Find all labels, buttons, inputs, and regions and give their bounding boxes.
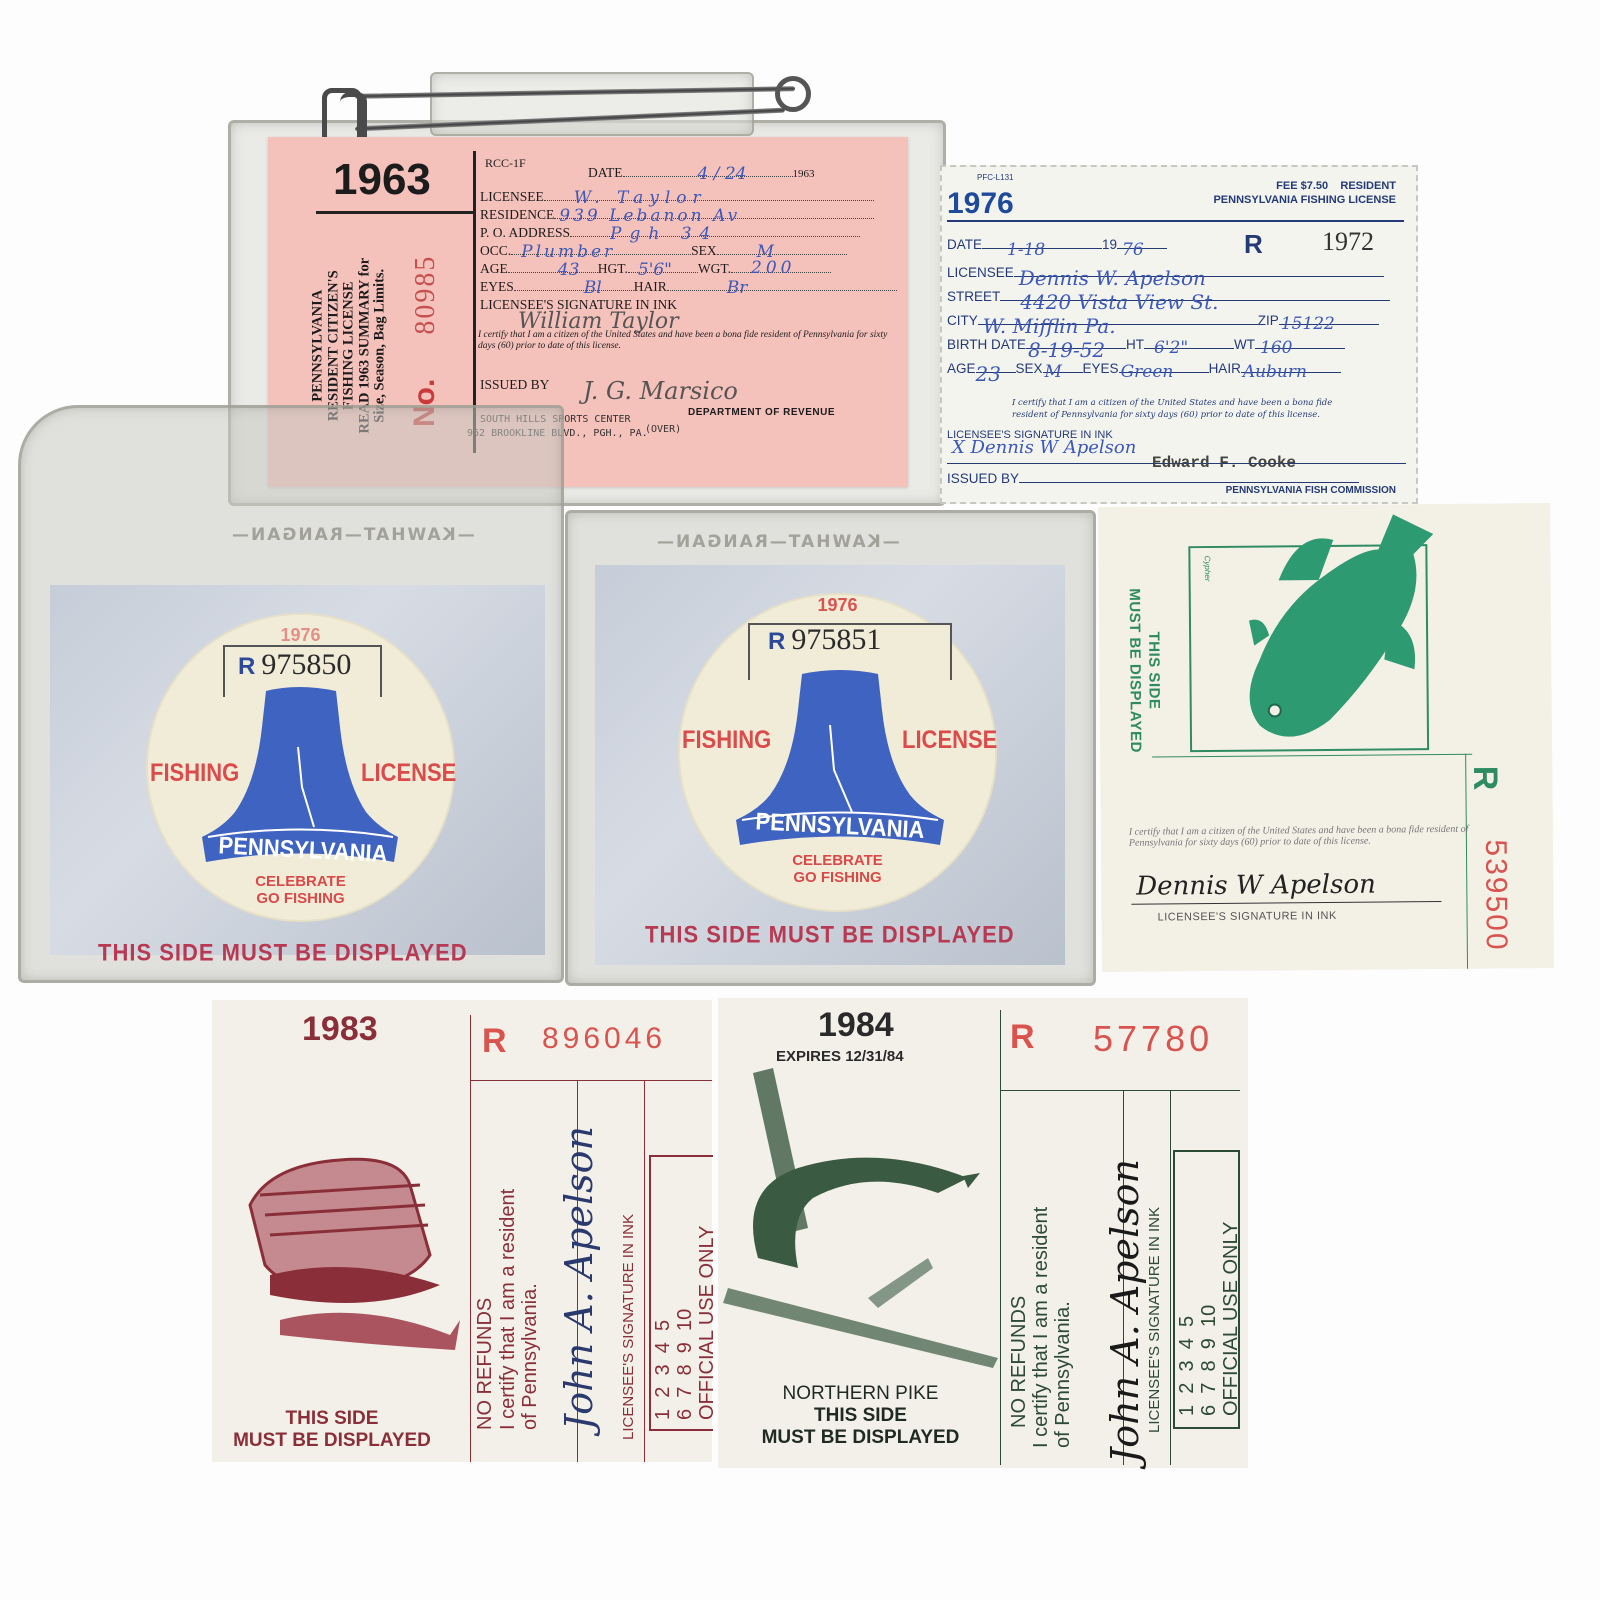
sunfish-illustration-icon — [1218, 509, 1450, 746]
badge-slogan: CELEBRATE GO FISHING — [148, 873, 453, 907]
no-refunds-label: NO REFUNDS — [474, 1298, 497, 1430]
issued-by-label: ISSUED BY — [947, 471, 1359, 486]
certification-text: I certify that I am a resident of Pennsy… — [497, 1189, 541, 1430]
serial-number: 896046 — [542, 1022, 666, 1056]
badge-right-word: LICENSE — [902, 725, 997, 755]
certification-text: I certify that I am a citizen of the Uni… — [478, 330, 888, 352]
creel-basket-trout-illustration-icon — [230, 1145, 460, 1360]
divider — [470, 1080, 712, 1081]
divider — [1170, 1090, 1171, 1465]
class-letter: R — [1465, 766, 1504, 791]
class-letter: R — [482, 1022, 507, 1061]
licensee-signature: John A. Apelson — [557, 1126, 601, 1430]
license-year: 1984 — [818, 1006, 894, 1045]
badge-right-word: LICENSE — [361, 758, 456, 788]
signature-label: LICENSEE'S SIGNATURE IN INK — [1158, 910, 1337, 924]
divider — [470, 1015, 471, 1462]
po-address-field: P. O. ADDRESSPgh 34 — [480, 225, 860, 241]
issuer-signature: J. G. Marsico — [583, 377, 738, 405]
bell-badge-1: 1976 R975850 FISHING LICENSE PENNSYLVANI… — [148, 615, 453, 920]
display-notice: THIS SIDE MUST BE DISPLAYED — [212, 1408, 452, 1452]
serial-value: 80985 — [410, 255, 441, 335]
age-height-weight-field: AGE43HGT.5'6"WGT.200 — [480, 261, 831, 277]
official-use-numbers: 1 2 3 4 5 6 7 8 9 10 OFFICIAL USE ONLY — [652, 1226, 718, 1420]
northern-pike-illustration-icon — [718, 1058, 1003, 1388]
display-notice: THIS SIDE MUST BE DISPLAYED — [98, 939, 468, 968]
class-letter: R — [1244, 229, 1263, 260]
certification-text: I certify that I am a resident of Pennsy… — [1030, 1207, 1074, 1448]
sunfish-display-card: THIS SIDE MUST BE DISPLAYED Cypher R 539… — [1098, 503, 1554, 972]
fee-header: FEE $7.50 RESIDENT PENNSYLVANIA FISHING … — [1213, 179, 1396, 207]
certification-text: I certify that I am a citizen of the Uni… — [1129, 824, 1469, 849]
licensee-field: LICENSEEDennis W. Apelson — [947, 265, 1384, 280]
license-title: PENNSYLVANIA FISHING LICENSE — [1213, 193, 1396, 207]
pin-tab — [430, 72, 754, 136]
date-field: DATE1-181976 — [947, 237, 1167, 252]
department-label: DEPARTMENT OF REVENUE — [688, 407, 835, 418]
badge-year: 1976 — [680, 595, 995, 616]
birth-ht-wt-field: BIRTH DATE8-19-52HT6'2"WT160 — [947, 337, 1345, 352]
licensee-signature: John A. Apelson — [1103, 1159, 1147, 1463]
badge-slogan: CELEBRATE GO FISHING — [680, 852, 995, 886]
over-note: (OVER) — [645, 424, 681, 435]
badge-serial: R975850 — [238, 648, 351, 682]
serial-number: 1972 — [1322, 227, 1374, 257]
divider — [644, 1080, 645, 1462]
divider — [316, 211, 474, 214]
no-refunds-label: NO REFUNDS — [1008, 1296, 1031, 1428]
license-1976-form-card: PFC-L131 1976 FEE $7.50 RESIDENT PENNSYL… — [940, 165, 1418, 504]
species-name: NORTHERN PIKE — [728, 1383, 993, 1405]
display-notice: NORTHERN PIKE THIS SIDE MUST BE DISPLAYE… — [728, 1383, 993, 1449]
badge-serial: R975851 — [768, 623, 881, 657]
licensee-signature: X Dennis W Apelson — [952, 437, 1136, 458]
badge-left-word: FISHING — [682, 725, 771, 755]
occupation-sex-field: OCC.PlumberSEXM — [480, 243, 847, 259]
license-year: 1976 — [947, 187, 1014, 221]
display-notice: THIS SIDE MUST BE DISPLAYED — [1125, 585, 1164, 755]
divider — [1000, 1090, 1240, 1091]
holder-emboss: —KAWHAT—RANGAN— — [655, 532, 900, 552]
license-1984-card: 1984 EXPIRES 12/31/84 NORTHERN PIKE THIS… — [718, 998, 1248, 1468]
license-1983-card: 1983 THIS SIDE MUST BE DISPLAYED R 89604… — [212, 1000, 712, 1462]
license-year: 1963 — [333, 155, 431, 205]
divider — [947, 220, 1404, 222]
signature-label: LICENSEE'S SIGNATURE IN INK — [1146, 1207, 1163, 1433]
date-field: DATE 4 / 241963 — [588, 165, 815, 181]
holder-emboss: —KAWHAT—RANGAN— — [230, 525, 475, 545]
signature-line — [1131, 901, 1441, 905]
class-letter: R — [1010, 1018, 1035, 1057]
form-code: RCC-1F — [485, 156, 526, 171]
bell-badge-2: 1976 R975851 FISHING LICENSE PENNSYLVANI… — [680, 595, 995, 910]
commission-label: PENNSYLVANIA FISH COMMISSION — [1226, 485, 1396, 496]
serial-number: No. 80985 — [408, 255, 442, 427]
fee: FEE $7.50 — [1276, 180, 1328, 192]
street-field: STREET4420 Vista View St. — [947, 289, 1390, 304]
residence-field: RESIDENCE939 Lebanon Av — [480, 207, 874, 223]
serial-number: 57780 — [1093, 1018, 1213, 1060]
eyes-hair-field: EYESBlHAIRBr — [480, 279, 897, 295]
official-use-numbers: 1 2 3 4 5 6 7 8 9 10 OFFICIAL USE ONLY — [1176, 1222, 1242, 1416]
signature-label: LICENSEE'S SIGNATURE IN INK — [620, 1214, 637, 1440]
form-code: PFC-L131 — [977, 173, 1013, 182]
certification-text: I certify that I am a citizen of the Uni… — [1012, 397, 1362, 421]
divider — [1000, 1010, 1001, 1465]
issuer-stamp: Edward F. Cooke — [1152, 454, 1296, 472]
badge-left-word: FISHING — [150, 758, 239, 788]
artist-signature: Cypher — [1203, 556, 1212, 582]
age-sex-eyes-hair-field: AGE23SEXMEYESGreenHAIRAuburn — [947, 361, 1341, 376]
display-notice: THIS SIDE MUST BE DISPLAYED — [645, 921, 1015, 950]
licensee-signature: Dennis W Apelson — [1136, 870, 1376, 902]
divider — [1152, 754, 1472, 758]
license-year: 1983 — [302, 1010, 378, 1049]
serial-number: 539500 — [1478, 839, 1513, 951]
city-zip-field: CITYW. Mifflin Pa.ZIP15122 — [947, 313, 1379, 328]
badge-year: 1976 — [148, 625, 453, 646]
licensee-field: LICENSEEW. Taylor — [480, 189, 874, 205]
issued-by-label: ISSUED BY — [480, 377, 549, 393]
resident-type: RESIDENT — [1340, 180, 1396, 192]
